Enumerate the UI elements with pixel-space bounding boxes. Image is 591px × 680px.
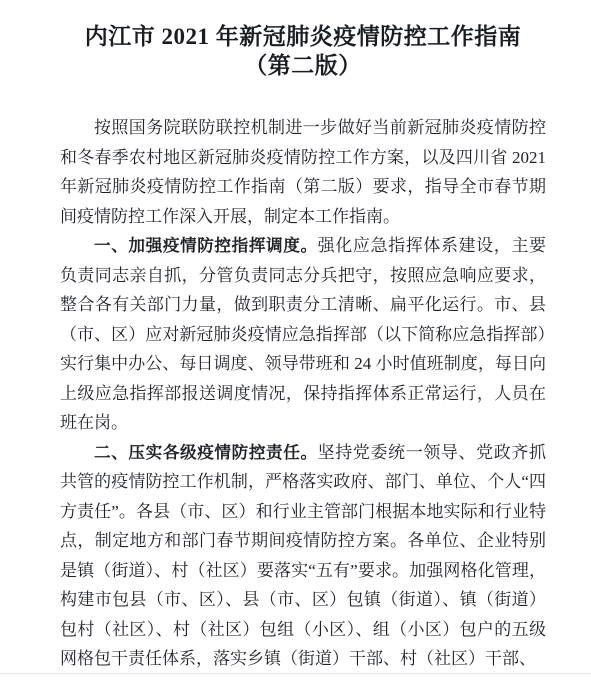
document-title: 内江市 2021 年新冠肺炎疫情防控工作指南 （第二版）	[60, 22, 546, 80]
paragraph-lead: 一、加强疫情防控指挥调度。	[94, 236, 318, 255]
paragraph-lead: 二、压实各级疫情防控责任。	[94, 443, 318, 462]
page-bottom-rule	[0, 673, 591, 674]
paragraph: 二、压实各级疫情防控责任。坚持党委统一领导、党政齐抓共管的疫情防控工作机制，严格…	[60, 438, 546, 674]
page-content: 内江市 2021 年新冠肺炎疫情防控工作指南 （第二版） 按照国务院联防联控机制…	[60, 22, 546, 674]
document-body: 按照国务院联防联控机制进一步做好当前新冠肺炎疫情防控和冬春季农村地区新冠肺炎疫情…	[60, 113, 546, 674]
paragraph: 按照国务院联防联控机制进一步做好当前新冠肺炎疫情防控和冬春季农村地区新冠肺炎疫情…	[60, 113, 546, 231]
paragraph: 一、加强疫情防控指挥调度。强化应急指挥体系建设，主要负责同志亲自抓，分管负责同志…	[60, 231, 546, 438]
document-page: 内江市 2021 年新冠肺炎疫情防控工作指南 （第二版） 按照国务院联防联控机制…	[0, 0, 591, 680]
title-line-1: 内江市 2021 年新冠肺炎疫情防控工作指南	[60, 22, 546, 51]
title-line-2: （第二版）	[60, 51, 546, 80]
